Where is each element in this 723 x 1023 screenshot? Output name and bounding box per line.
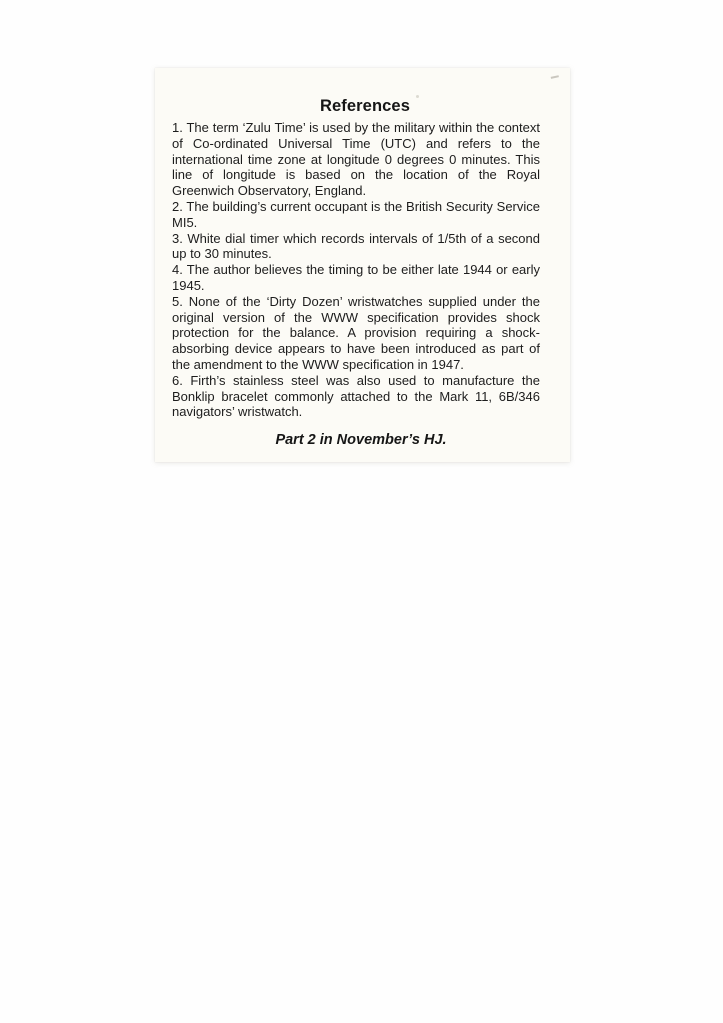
series-continuation-note: Part 2 in November’s HJ. bbox=[172, 432, 540, 448]
reference-item-6: 6. Firth’s stainless steel was also used… bbox=[172, 373, 540, 420]
page-canvas: References 1. The term ‘Zulu Time’ is us… bbox=[0, 0, 723, 1023]
reference-item-5: 5. None of the ‘Dirty Dozen’ wristwatche… bbox=[172, 294, 540, 373]
reference-item-3: 3. White dial timer which records interv… bbox=[172, 231, 540, 263]
reference-item-2: 2. The building’s current occupant is th… bbox=[172, 199, 540, 231]
references-list: 1. The term ‘Zulu Time’ is used by the m… bbox=[172, 120, 540, 420]
scan-speck-artifact bbox=[551, 75, 560, 81]
reference-item-4: 4. The author believes the timing to be … bbox=[172, 262, 540, 294]
references-title: References bbox=[172, 97, 540, 116]
reference-item-1: 1. The term ‘Zulu Time’ is used by the m… bbox=[172, 120, 540, 199]
scanned-document: References 1. The term ‘Zulu Time’ is us… bbox=[155, 68, 570, 462]
